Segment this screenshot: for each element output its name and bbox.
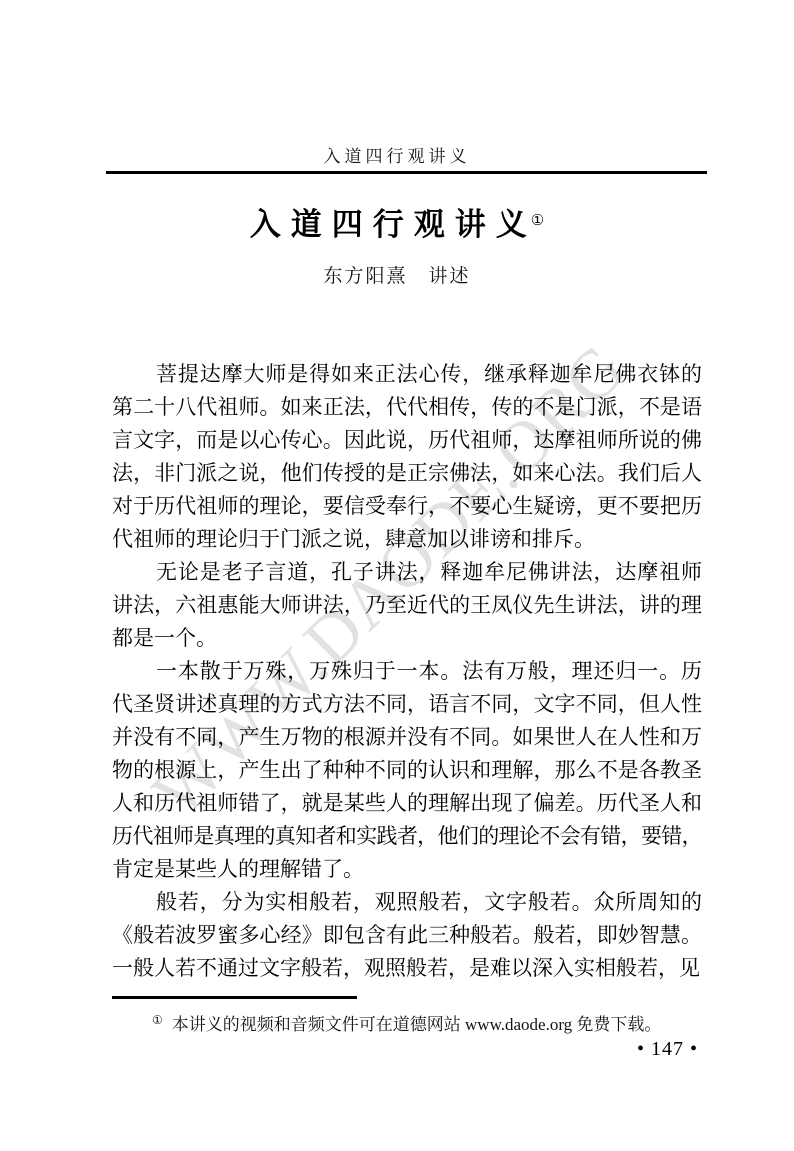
body-line: 并没有不同，产生万物的根源并没有不同。如果世人在人性和万 [112, 721, 702, 754]
body-line: 物的根源上，产生出了种种不同的认识和理解，那么不是各教圣 [112, 754, 702, 787]
body-line: 代祖师的理论归于门派之说，肆意加以诽谤和排斥。 [112, 523, 702, 556]
paragraph: 般若，分为实相般若，观照般若，文字般若。众所周知的《般若波罗蜜多心经》即包含有此… [112, 886, 702, 985]
footnote-rule [112, 996, 357, 999]
footnote: ①本讲义的视频和音频文件可在道德网站 www.daode.org 免费下载。 [112, 1007, 706, 1038]
body-line: 言文字，而是以心传心。因此说，历代祖师，达摩祖师所说的佛 [112, 424, 702, 457]
body-line: 讲法，六祖惠能大师讲法，乃至近代的王凤仪先生讲法，讲的理 [112, 589, 702, 622]
header-rule [106, 171, 707, 174]
body-line: 代圣贤讲述真理的方式方法不同，语言不同，文字不同，但人性 [112, 688, 702, 721]
body-line: 一本散于万殊，万殊归于一本。法有万般，理还归一。历 [112, 655, 702, 688]
footnote-marker: ① [152, 1013, 163, 1027]
body-line: 对于历代祖师的理论，要信受奉行，不要心生疑谤，更不要把历 [112, 490, 702, 523]
body-line: 第二十八代祖师。如来正法，代代相传，传的不是门派，不是语 [112, 391, 702, 424]
paragraph: 菩提达摩大师是得如来正法心传，继承释迦牟尼佛衣钵的第二十八代祖师。如来正法，代代… [112, 358, 702, 556]
document-title: 入道四行观讲义① [0, 199, 794, 244]
body-line: 《般若波罗蜜多心经》即包含有此三种般若。般若，即妙智慧。 [112, 919, 702, 952]
byline-author: 东方阳熹 讲述 [0, 261, 794, 288]
body-line: 菩提达摩大师是得如来正法心传，继承释迦牟尼佛衣钵的 [112, 358, 702, 391]
paragraph: 一本散于万殊，万殊归于一本。法有万般，理还归一。历代圣贤讲述真理的方式方法不同，… [112, 655, 702, 886]
document-title-text: 入道四行观讲义 [250, 207, 537, 242]
body-line: 般若，分为实相般若，观照般若，文字般若。众所周知的 [112, 886, 702, 919]
body-line: 无论是老子言道，孔子讲法，释迦牟尼佛讲法，达摩祖师 [112, 556, 702, 589]
footnote-text: 本讲义的视频和音频文件可在道德网站 www.daode.org 免费下载。 [172, 1015, 662, 1034]
body-text: 菩提达摩大师是得如来正法心传，继承释迦牟尼佛衣钵的第二十八代祖师。如来正法，代代… [112, 358, 702, 985]
running-header-title: 入道四行观讲义 [0, 142, 794, 167]
body-line: 法，非门派之说，他们传授的是正宗佛法，如来心法。我们后人 [112, 457, 702, 490]
body-line: 一般人若不通过文字般若，观照般若，是难以深入实相般若，见 [112, 952, 702, 985]
body-line: 历代祖师是真理的真知者和实践者，他们的理论不会有错，要错， [112, 820, 702, 853]
body-line: 人和历代祖师错了，就是某些人的理解出现了偏差。历代圣人和 [112, 787, 702, 820]
page-number: • 147 • [112, 1038, 702, 1061]
paragraph: 无论是老子言道，孔子讲法，释迦牟尼佛讲法，达摩祖师讲法，六祖惠能大师讲法，乃至近… [112, 556, 702, 655]
body-line: 都是一个。 [112, 622, 702, 655]
title-footnote-ref: ① [531, 213, 544, 229]
body-line: 肯定是某些人的理解错了。 [112, 853, 702, 886]
